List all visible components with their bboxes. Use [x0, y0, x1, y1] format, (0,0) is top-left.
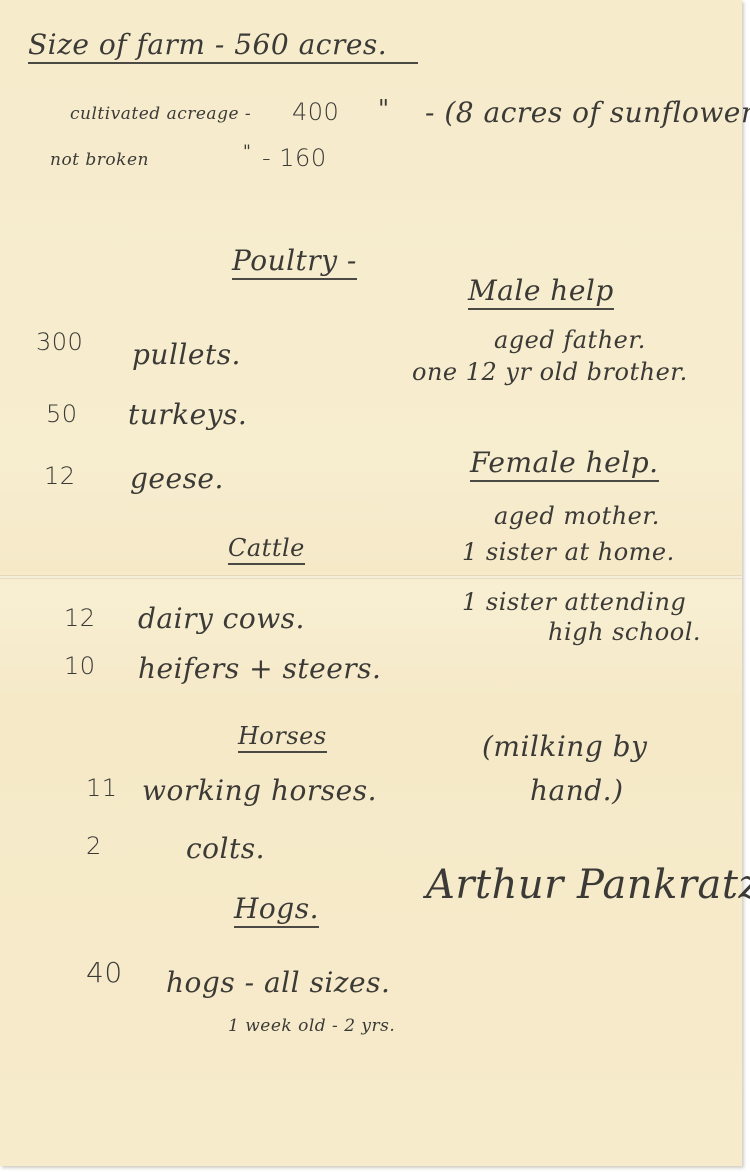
farm-size-text: Size of farm - 560 acres.: [28, 28, 387, 61]
ditto-mark: ": [378, 95, 390, 123]
cattle-heading: Cattle: [228, 534, 305, 565]
signature: Arthur Pankratz.: [426, 862, 750, 908]
not-broken-label: not broken: [50, 150, 149, 170]
female-help-item: aged mother.: [494, 502, 660, 530]
cattle-item: dairy cows.: [138, 602, 305, 635]
sunflower-note: - (8 acres of sunflower).: [425, 96, 750, 129]
horses-count: 2: [86, 832, 102, 860]
hogs-age-note: 1 week old - 2 yrs.: [228, 1016, 395, 1036]
farm-size-title: Size of farm - 560 acres.: [28, 28, 418, 64]
cultivated-value: 400: [292, 98, 339, 126]
poultry-heading: Poultry -: [232, 244, 357, 280]
horses-heading: Horses: [238, 722, 327, 753]
cultivated-label: cultivated acreage -: [70, 104, 251, 124]
hogs-heading: Hogs.: [234, 892, 319, 928]
male-help-item: one 12 yr old brother.: [412, 358, 688, 386]
horses-count: 11: [86, 774, 118, 802]
female-help-item: high school.: [548, 618, 701, 646]
handwritten-page: Size of farm - 560 acres. cultivated acr…: [0, 0, 742, 1166]
poultry-item: geese.: [130, 462, 224, 495]
milking-note-line1: (milking by: [482, 730, 647, 763]
female-help-item: 1 sister attending: [462, 588, 686, 616]
poultry-item: turkeys.: [128, 398, 247, 431]
cattle-count: 10: [64, 652, 96, 680]
hogs-count: 40: [86, 956, 123, 989]
horses-item: working horses.: [142, 774, 377, 807]
poultry-count: 50: [46, 400, 78, 428]
not-broken-value: - 160: [262, 144, 327, 172]
poultry-count: 12: [44, 462, 76, 490]
cattle-item: heifers + steers.: [138, 652, 381, 685]
female-help-item: 1 sister at home.: [462, 538, 675, 566]
female-help-heading: Female help.: [470, 446, 659, 482]
cattle-count: 12: [64, 604, 96, 632]
horses-item: colts.: [186, 832, 265, 865]
poultry-item: pullets.: [132, 338, 241, 371]
male-help-item: aged father.: [494, 326, 646, 354]
not-broken-ditto: ": [243, 142, 251, 162]
milking-note-line2: hand.): [530, 774, 624, 807]
poultry-count: 300: [36, 328, 83, 356]
hogs-item: hogs - all sizes.: [166, 966, 390, 999]
male-help-heading: Male help: [468, 274, 614, 310]
